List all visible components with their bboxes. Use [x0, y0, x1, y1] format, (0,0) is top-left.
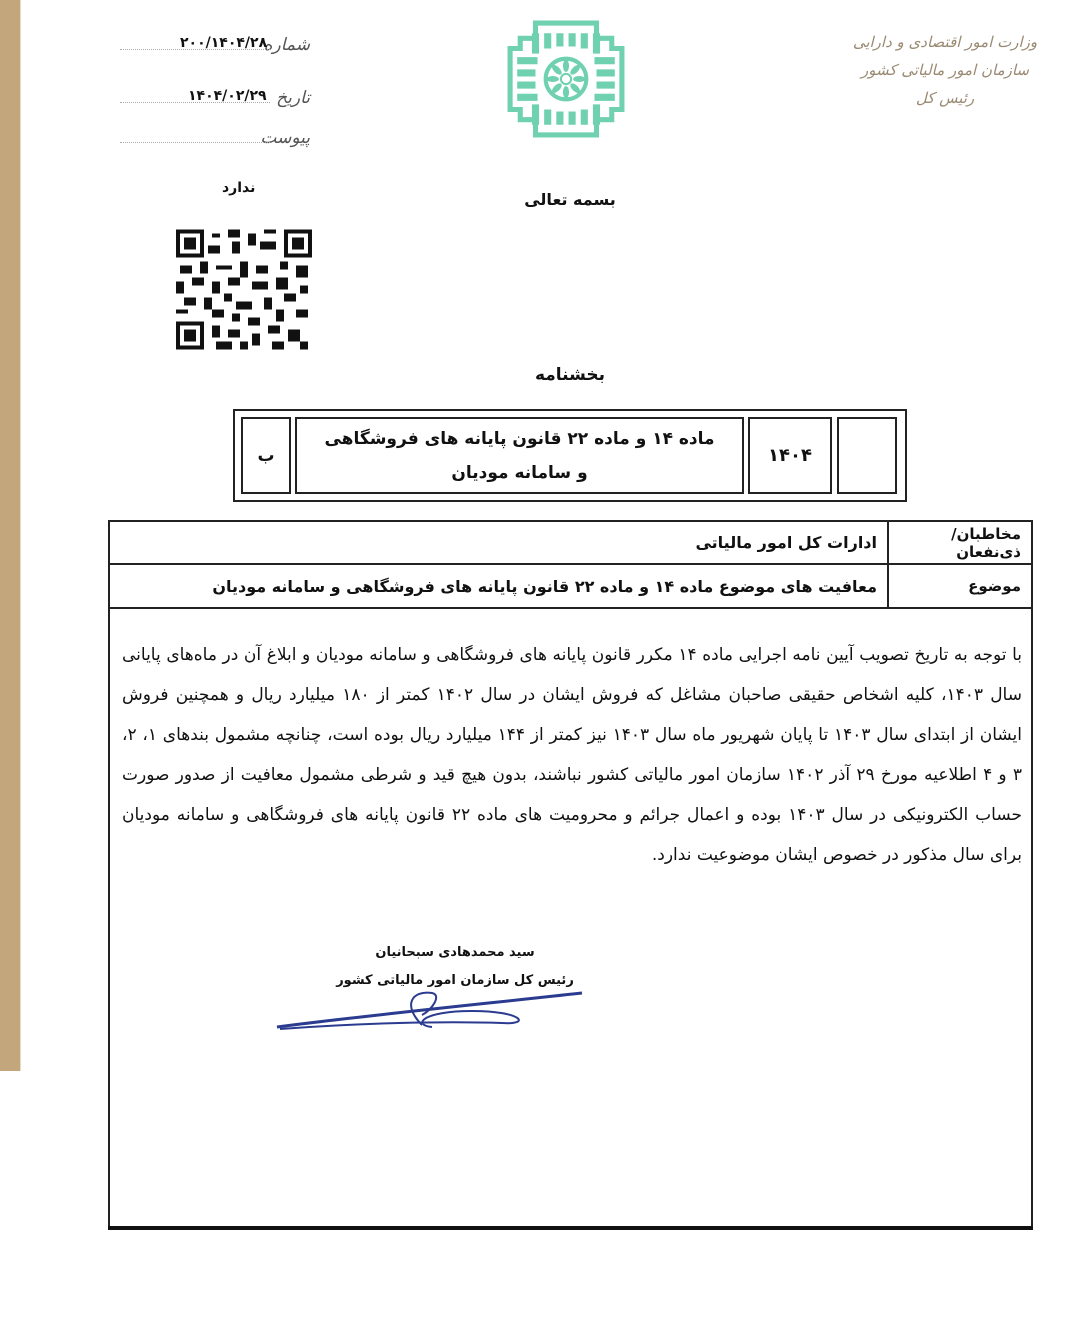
signatory-name: سید محمدهادی سبحانیان [330, 945, 580, 960]
letter-number-label: شماره [270, 35, 310, 55]
letter-date-row: تاریخ ۱۴۰۴/۰۲/۲۹ [120, 88, 310, 108]
letter-number-row: شماره ۲۰۰/۱۴۰۴/۲۸ [120, 35, 310, 55]
ministry-line-3: رئیس کل [830, 84, 1060, 112]
circular-title-cell: ماده ۱۴ و ماده ۲۲ قانون پایانه های فروشگ… [295, 417, 744, 494]
inta-emblem-icon [505, 18, 627, 140]
letter-attachment-row: پیوست [120, 128, 310, 148]
letter-frame-bottom-border [108, 1226, 1033, 1230]
letter-number-value: ۲۰۰/۱۴۰۴/۲۸ [180, 35, 267, 51]
recipients-value: ادارات کل امور مالیاتی [110, 522, 887, 563]
letter-body: با توجه به تاریخ تصویب آیین نامه اجرایی … [122, 635, 1022, 875]
letter-frame: مخاطبان/ذی‌نفعان ادارات کل امور مالیاتی … [108, 520, 1033, 1230]
scan-edge-strip [0, 0, 21, 1071]
qr-code-icon [176, 229, 312, 350]
document-type-heading: بخشنامه [520, 365, 620, 385]
letter-attachment-value: ندارد [222, 180, 255, 196]
circular-year-cell: ۱۴۰۴ [748, 417, 832, 494]
circular-title-line-2: و سامانه مودیان [324, 456, 714, 490]
circular-info-table: ب ماده ۱۴ و ماده ۲۲ قانون پایانه های فرو… [233, 409, 907, 502]
subject-value: معافیت های موضوع ماده ۱۴ و ماده ۲۲ قانون… [110, 565, 887, 607]
letter-date-label: تاریخ [270, 88, 310, 108]
ministry-line-1: وزارت امور اقتصادی و دارایی [830, 28, 1060, 56]
subject-label: موضوع [887, 565, 1031, 607]
recipients-row: مخاطبان/ذی‌نفعان ادارات کل امور مالیاتی [110, 522, 1031, 565]
invocation-heading: بسمه تعالی [520, 190, 620, 209]
circular-empty-cell [837, 417, 897, 494]
handwritten-signature-icon [272, 985, 592, 1035]
letter-attachment-label: پیوست [270, 128, 310, 148]
ministry-line-2: سازمان امور مالیاتی کشور [830, 56, 1060, 84]
ministry-header: وزارت امور اقتصادی و دارایی سازمان امور … [830, 28, 1060, 112]
subject-row: موضوع معافیت های موضوع ماده ۱۴ و ماده ۲۲… [110, 565, 1031, 609]
circular-series-cell: ب [241, 417, 291, 494]
circular-title-line-1: ماده ۱۴ و ماده ۲۲ قانون پایانه های فروشگ… [324, 422, 714, 456]
letter-date-value: ۱۴۰۴/۰۲/۲۹ [188, 88, 267, 104]
recipients-label: مخاطبان/ذی‌نفعان [887, 522, 1031, 563]
